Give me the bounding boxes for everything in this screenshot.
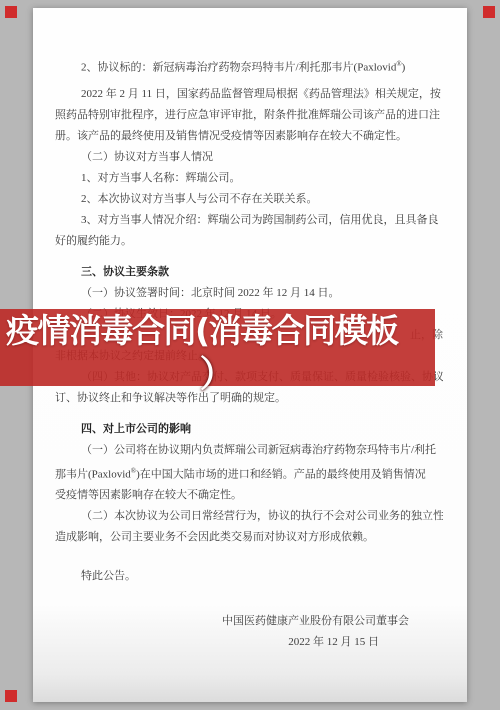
title-banner: 疫情消毒合同(消毒合同模板 ） — [0, 309, 435, 386]
corner-accent-top-right — [483, 6, 495, 18]
document-line: （一）公司将在协议期内负责辉瑞公司新冠病毒治疗药物奈玛特韦片/利托 — [55, 440, 443, 461]
document-line: 那韦片(Paxlovid®)在中国大陆市场的进口和经销。产品的最终使用及销售情况 — [55, 461, 443, 486]
document-line: 2、本次协议对方当事人与公司不存在关联关系。 — [55, 189, 443, 210]
document-line: 特此公告。 — [55, 566, 443, 587]
document-line: 2022 年 12 月 15 日 — [55, 632, 443, 653]
corner-accent-bottom-left — [5, 690, 17, 702]
document-line: 2022 年 2 月 11 日，国家药品监督管理局根据《药品管理法》相关规定，按 — [55, 84, 443, 105]
title-banner-text-line2: ） — [0, 345, 435, 405]
document-line: 3、对方当事人情况介绍：辉瑞公司为跨国制药公司，信用优良，且具备良 — [55, 210, 443, 231]
document-line: 2、协议标的：新冠病毒治疗药物奈玛特韦片/利托那韦片(Paxlovid®) — [55, 54, 443, 79]
document-line: 三、协议主要条款 — [55, 262, 443, 283]
document-line: 中国医药健康产业股份有限公司董事会 — [55, 611, 443, 632]
document-line: 照药品特别审批程序，进行应急审评审批，附条件批准辉瑞公司该产品的进口注 — [55, 105, 443, 126]
document-line: （二）本次协议为公司日常经营行为，协议的执行不会对公司业务的独立性 — [55, 506, 443, 527]
document-line: 四、对上市公司的影响 — [55, 419, 443, 440]
document-line: 册。该产品的最终使用及销售情况受疫情等因素影响存在较大不确定性。 — [55, 126, 443, 147]
registered-mark: ® — [131, 467, 136, 475]
registered-mark: ® — [396, 60, 401, 68]
document-line: （一）协议签署时间：北京时间 2022 年 12 月 14 日。 — [55, 283, 443, 304]
document-line: 好的履约能力。 — [55, 231, 443, 252]
corner-accent-top-left — [5, 6, 17, 18]
document-line: 受疫情等因素影响存在较大不确定性。 — [55, 485, 443, 506]
document-line: 造成影响，公司主要业务不会因此类交易而对协议对方形成依赖。 — [55, 527, 443, 548]
document-line: （二）协议对方当事人情况 — [55, 147, 443, 168]
document-line: 1、对方当事人名称：辉瑞公司。 — [55, 168, 443, 189]
